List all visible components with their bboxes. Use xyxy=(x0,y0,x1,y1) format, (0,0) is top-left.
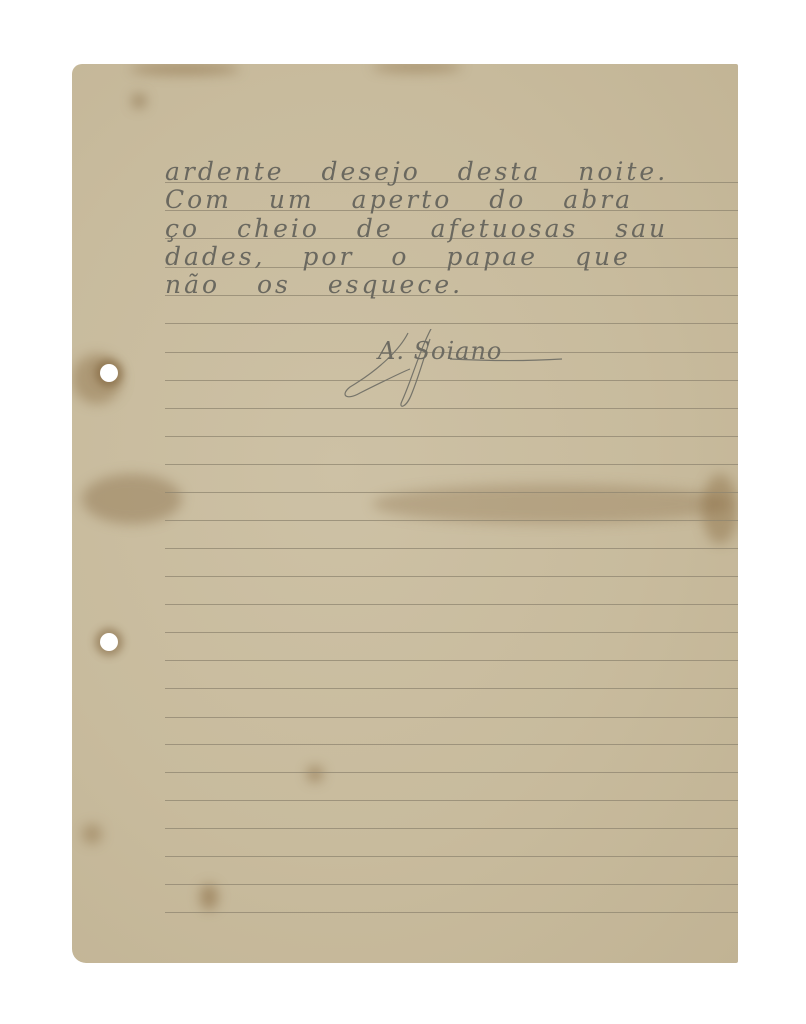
stain xyxy=(82,474,182,524)
handwriting-line: não os esquece. xyxy=(165,271,738,299)
ruled-line xyxy=(165,323,738,324)
ruled-line xyxy=(165,744,738,745)
handwriting-line: ardente desejo desta noite. xyxy=(165,158,738,186)
ruled-line xyxy=(165,464,738,465)
ruled-line xyxy=(165,884,738,885)
ruled-line xyxy=(165,856,738,857)
punch-hole xyxy=(100,364,118,382)
stain xyxy=(372,484,732,524)
ruled-line xyxy=(165,492,738,493)
signature: A. Soiano xyxy=(340,329,570,409)
punch-hole xyxy=(100,633,118,651)
handwriting-line: ço cheio de afetuosas sau xyxy=(165,215,738,243)
ruled-line xyxy=(165,632,738,633)
stain xyxy=(130,64,240,74)
stain xyxy=(132,94,146,108)
handwriting-line: Com um aperto do abra xyxy=(165,186,738,214)
stain xyxy=(702,474,738,544)
ruled-line xyxy=(165,912,738,913)
ruled-line xyxy=(165,576,738,577)
ruled-line xyxy=(165,548,738,549)
ruled-line xyxy=(165,828,738,829)
letter-paper: ardente desejo desta noite. Com um apert… xyxy=(72,64,738,963)
handwriting-line: dades, por o papae que xyxy=(165,243,738,271)
ruled-line xyxy=(165,520,738,521)
ruled-line xyxy=(165,717,738,718)
stain xyxy=(200,884,218,910)
stain xyxy=(82,824,102,844)
stain xyxy=(372,64,462,72)
ruled-line xyxy=(165,800,738,801)
stain xyxy=(307,766,323,782)
ruled-line xyxy=(165,604,738,605)
ruled-line xyxy=(165,436,738,437)
ruled-line xyxy=(165,660,738,661)
signature-name: A. Soiano xyxy=(378,337,502,365)
ruled-line xyxy=(165,688,738,689)
ruled-line xyxy=(165,772,738,773)
